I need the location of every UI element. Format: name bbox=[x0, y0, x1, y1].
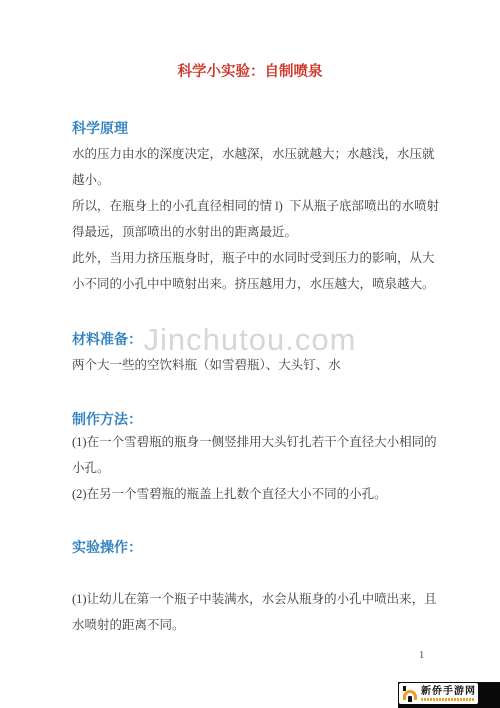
page-number: 1 bbox=[419, 650, 424, 661]
section-body-principle: 水的压力由水的深度决定，水越深，水压就越大；水越浅，水压就 越小。 所以，在瓶身… bbox=[72, 141, 452, 297]
body-line: (1)让幼儿在第一个瓶子中装满水，水会从瓶身的小孔中喷出来，且 bbox=[72, 586, 452, 612]
section-body-operation: (1)让幼儿在第一个瓶子中装满水，水会从瓶身的小孔中喷出来，且 水喷射的距离不同… bbox=[72, 586, 452, 638]
section-heading-materials: 材料准备： bbox=[72, 329, 142, 349]
body-line: 水喷射的距离不同。 bbox=[72, 612, 452, 638]
body-line: 小不同的小孔中中喷射出来。挤压越用力，水压越大，喷泉越大。 bbox=[72, 271, 452, 297]
body-line: (1)在一个雪碧瓶的瓶身一侧竖排用大头钉扎若干个直径大小相同的 bbox=[72, 429, 452, 455]
site-logo-tagline-strip bbox=[421, 698, 475, 702]
section-heading-principle: 科学原理 bbox=[72, 118, 128, 138]
body-line: 越小。 bbox=[72, 167, 452, 193]
body-line: 两个大一些的空饮料瓶（如雪碧瓶）、大头钉、水 bbox=[72, 352, 452, 378]
body-line: (2)在另一个雪碧瓶的瓶盖上扎数个直径大小不同的小孔。 bbox=[72, 481, 452, 507]
house-icon bbox=[401, 686, 419, 702]
body-line: 所以，在瓶身上的小孔直径相同的情 l) 下从瓶子底部喷出的水喷射 bbox=[72, 193, 452, 219]
section-heading-operation: 实验操作： bbox=[72, 537, 142, 557]
document-page: Jinchutou.com 科学小实验：自制喷泉 科学原理 水的压力由水的深度决… bbox=[0, 0, 500, 708]
document-title: 科学小实验：自制喷泉 bbox=[0, 60, 500, 81]
body-line: 水的压力由水的深度决定，水越深，水压就越大；水越浅，水压就 bbox=[72, 141, 452, 167]
section-body-method: (1)在一个雪碧瓶的瓶身一侧竖排用大头钉扎若干个直径大小相同的 小孔。 (2)在… bbox=[72, 429, 452, 507]
site-logo-box: 新侨手游网 bbox=[399, 683, 478, 704]
body-line: 得最远，顶部喷出的水射出的距离最近。 bbox=[72, 219, 452, 245]
section-heading-method: 制作方法： bbox=[72, 409, 142, 429]
body-line: 此外，当用力挤压瓶身时，瓶子中的水同时受到压力的影响，从大 bbox=[72, 245, 452, 271]
body-line: 小孔。 bbox=[72, 455, 452, 481]
site-logo: 新侨手游网 bbox=[398, 682, 500, 708]
site-logo-name: 新侨手游网 bbox=[421, 686, 476, 697]
section-body-materials: 两个大一些的空饮料瓶（如雪碧瓶）、大头钉、水 bbox=[72, 352, 452, 378]
